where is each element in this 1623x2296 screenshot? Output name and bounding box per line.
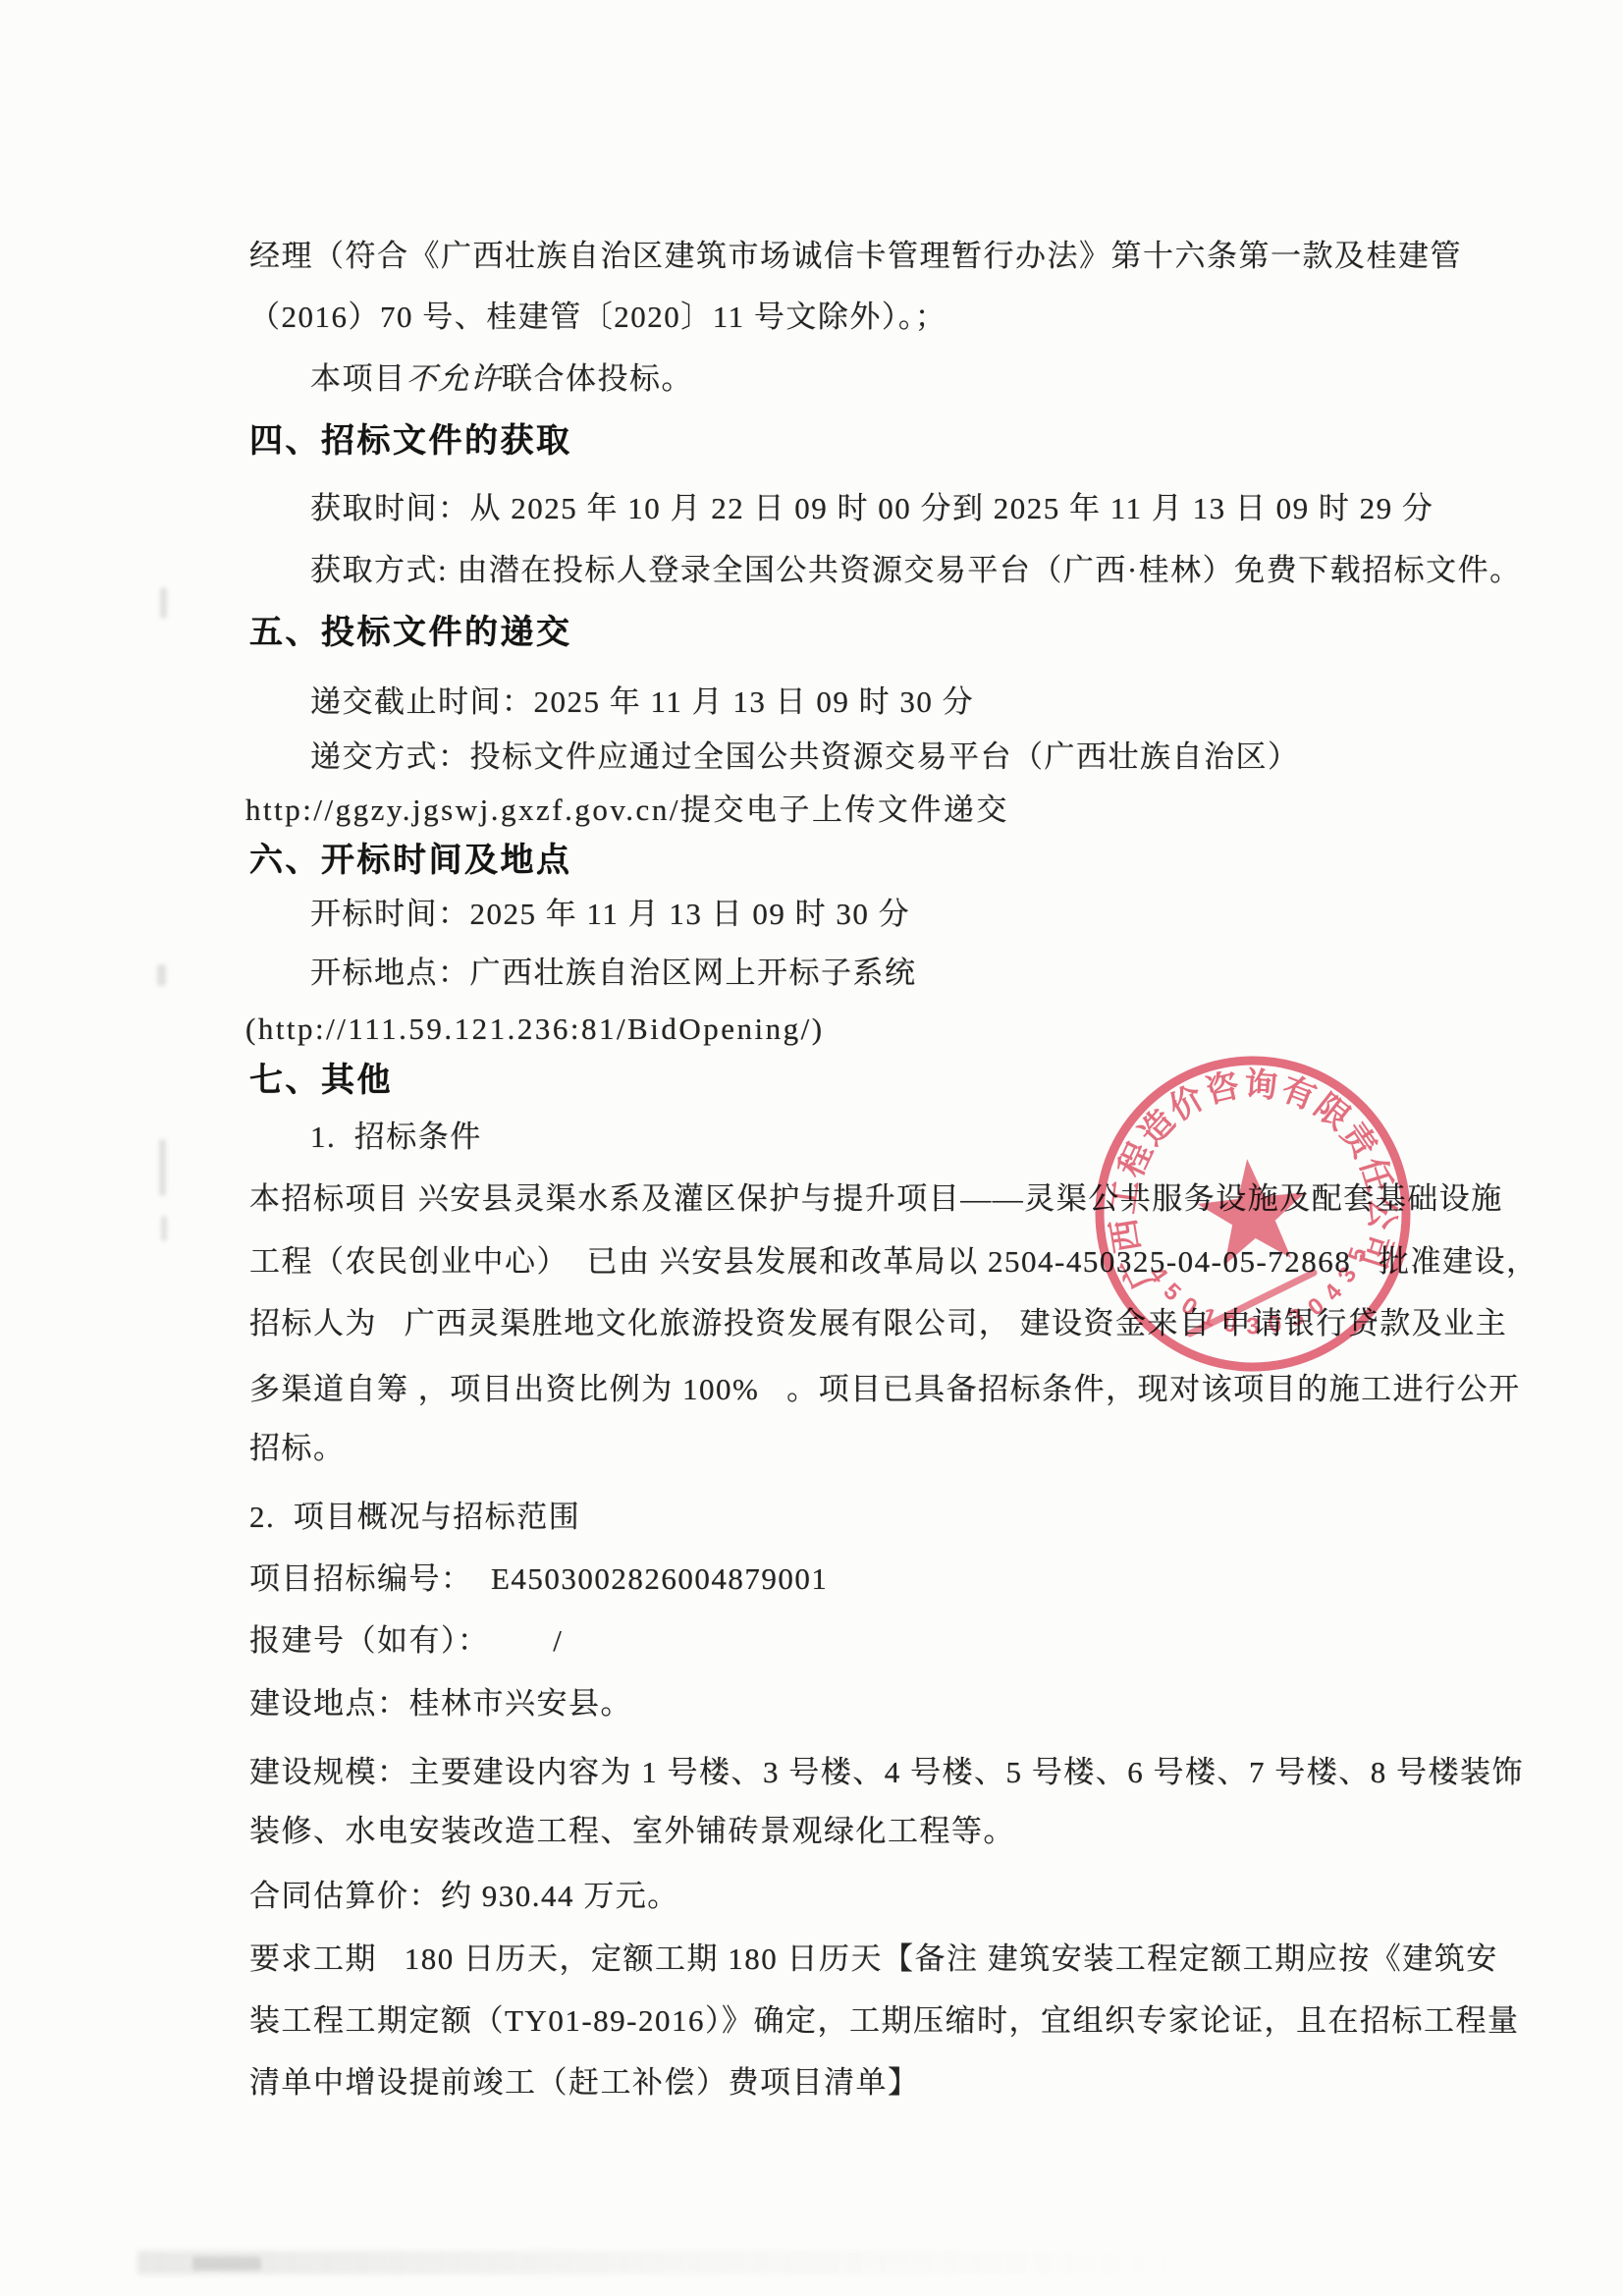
line-tender-conditions-title: 1. 招标条件: [310, 1120, 482, 1155]
star-icon: [1193, 1154, 1312, 1268]
company-seal-stamp: 广西工程造价咨询有限责任公司 450103030435: [1086, 1047, 1420, 1381]
line-submission-deadline: 递交截止时间：2025 年 11 月 13 日 09 时 30 分: [310, 684, 974, 720]
line-opening-time: 开标时间：2025 年 11 月 13 日 09 时 30 分: [310, 897, 910, 932]
line-construction-permit-number: 报建号（如有）： /: [249, 1623, 563, 1659]
line-obtain-method: 获取方式: 由潜在投标人登录全国公共资源交易平台（广西·桂林）免费下载招标文件。: [310, 553, 1522, 588]
line-contract-estimate: 合同估算价：约 930.44 万元。: [249, 1879, 679, 1914]
line-obtain-time: 获取时间：从 2025 年 10 月 22 日 09 时 00 分到 2025 …: [310, 491, 1434, 526]
no-jv-pre: 本项目: [310, 361, 406, 396]
section-heading-6-bid-opening: 六、开标时间及地点: [249, 842, 572, 880]
scan-shadow-streak: [137, 2251, 1178, 2274]
scan-artifact: [161, 1216, 167, 1241]
section-heading-4-obtain-documents: 四、招标文件的获取: [249, 422, 572, 461]
scan-artifact: [157, 964, 166, 986]
line-construction-period-1: 要求工期 180 日历天，定额工期 180 日历天【备注 建筑安装工程定额工期应…: [249, 1941, 1498, 1977]
line-construction-site: 建设地点：桂林市兴安县。: [249, 1686, 632, 1722]
section-heading-7-others: 七、其他: [249, 1062, 393, 1100]
line-tender-number: 项目招标编号： E4503002826004879001: [249, 1561, 828, 1597]
line-construction-scale-1: 建设规模：主要建设内容为 1 号楼、3 号楼、4 号楼、5 号楼、6 号楼、7 …: [249, 1755, 1524, 1790]
line-manager-clause: 经理（符合《广西壮族自治区建筑市场诚信卡管理暂行办法》第十六条第一款及桂建管: [249, 239, 1462, 274]
line-construction-period-2: 装工程工期定额（TY01-89-2016）》确定，工期压缩时，宜组织专家论证，且…: [249, 2003, 1519, 2039]
line-scope-title: 2. 项目概况与招标范围: [249, 1500, 580, 1535]
scan-artifact: [159, 1139, 166, 1196]
line-construction-scale-2: 装修、水电安装改造工程、室外铺砖景观绿化工程等。: [249, 1814, 1015, 1849]
line-project-intro-5: 招标。: [249, 1431, 346, 1466]
section-heading-5-bid-submission: 五、投标文件的递交: [249, 614, 572, 652]
no-jv-emphasis: 不允许: [406, 361, 503, 396]
no-jv-post: 联合体投标。: [502, 361, 693, 396]
line-document-numbers: （2016）70 号、桂建管〔2020〕11 号文除外）。；: [249, 300, 947, 335]
line-submission-url: http://ggzy.jgswj.gxzf.gov.cn/提交电子上传文件递交: [245, 793, 1009, 828]
seal-graphic: 广西工程造价咨询有限责任公司 450103030435: [1086, 1047, 1420, 1381]
line-opening-place: 开标地点：广西壮族自治区网上开标子系统: [310, 956, 917, 991]
line-construction-period-3: 清单中增设提前竣工（赶工补偿）费项目清单】: [249, 2065, 920, 2101]
scanned-tender-document-page: 经理（符合《广西壮族自治区建筑市场诚信卡管理暂行办法》第十六条第一款及桂建管 （…: [0, 0, 1623, 2296]
line-no-joint-venture: 本项目不允许联合体投标。: [310, 361, 693, 397]
line-submission-method: 递交方式：投标文件应通过全国公共资源交易平台（广西壮族自治区）: [310, 739, 1300, 775]
line-opening-url: (http://111.59.121.236:81/BidOpening/): [245, 1011, 825, 1047]
scan-artifact: [160, 587, 167, 619]
